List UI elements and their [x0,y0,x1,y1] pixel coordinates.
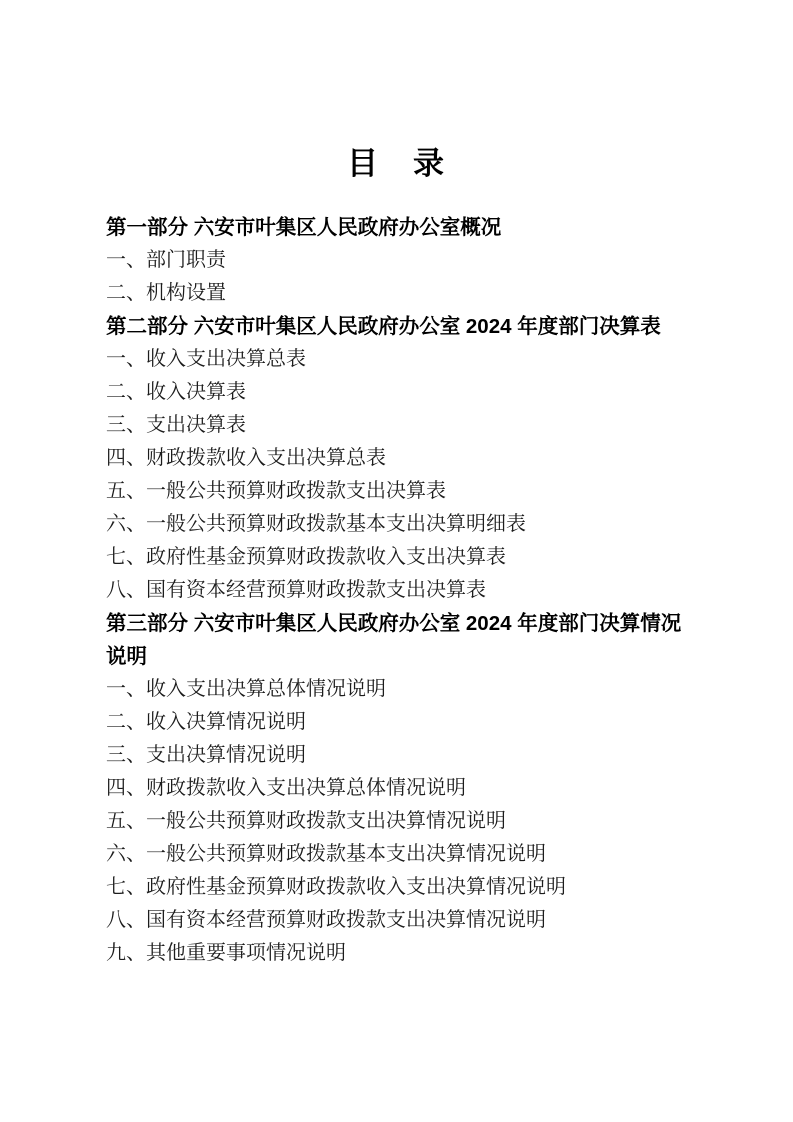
toc-item: 一、部门职责 [106,244,687,277]
toc-item: 六、一般公共预算财政拨款基本支出决算明细表 [106,508,687,541]
toc-item: 五、一般公共预算财政拨款支出决算情况说明 [106,805,687,838]
toc-item: 五、一般公共预算财政拨款支出决算表 [106,475,687,508]
page-content: 目 录 第一部分 六安市叶集区人民政府办公室概况 一、部门职责 二、机构设置 第… [0,0,793,970]
toc-item: 一、收入支出决算总体情况说明 [106,673,687,706]
toc-item: 一、收入支出决算总表 [106,343,687,376]
toc-item: 六、一般公共预算财政拨款基本支出决算情况说明 [106,838,687,871]
toc-item: 八、国有资本经营预算财政拨款支出决算情况说明 [106,904,687,937]
toc-item: 三、支出决算表 [106,409,687,442]
toc-item: 七、政府性基金预算财政拨款收入支出决算表 [106,541,687,574]
toc-item: 四、财政拨款收入支出决算总体情况说明 [106,772,687,805]
table-of-contents: 第一部分 六安市叶集区人民政府办公室概况 一、部门职责 二、机构设置 第二部分 … [106,211,687,970]
toc-item: 七、政府性基金预算财政拨款收入支出决算情况说明 [106,871,687,904]
toc-item: 三、支出决算情况说明 [106,739,687,772]
toc-item: 四、财政拨款收入支出决算总表 [106,442,687,475]
toc-item: 八、国有资本经营预算财政拨款支出决算表 [106,574,687,607]
toc-item: 二、机构设置 [106,277,687,310]
toc-item: 二、收入决算表 [106,376,687,409]
page-title: 目 录 [106,0,687,185]
toc-section-heading-3: 第三部分 六安市叶集区人民政府办公室 2024 年度部门决算情况说明 [106,607,687,673]
toc-section-heading-1: 第一部分 六安市叶集区人民政府办公室概况 [106,211,687,244]
document-page: 目 录 第一部分 六安市叶集区人民政府办公室概况 一、部门职责 二、机构设置 第… [0,0,793,1122]
toc-item: 二、收入决算情况说明 [106,706,687,739]
toc-item: 九、其他重要事项情况说明 [106,937,687,970]
toc-section-heading-2: 第二部分 六安市叶集区人民政府办公室 2024 年度部门决算表 [106,310,687,343]
